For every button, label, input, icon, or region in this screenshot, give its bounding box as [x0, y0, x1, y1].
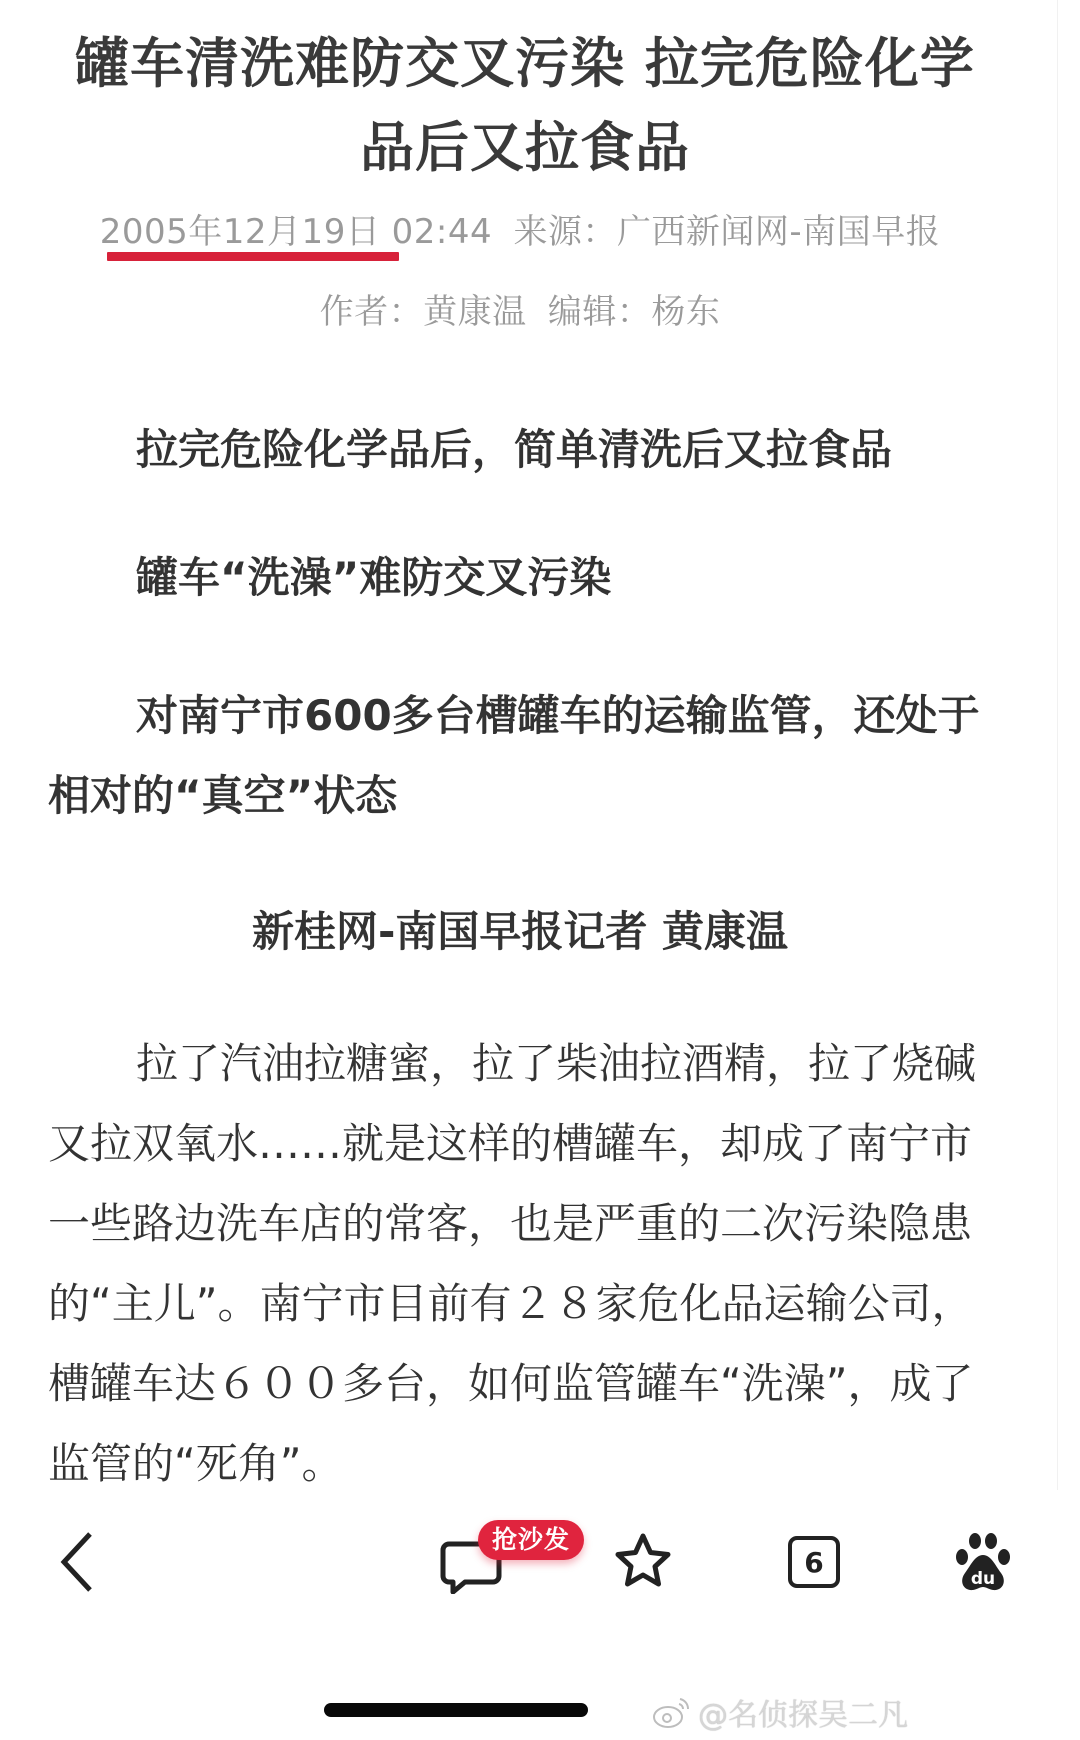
subheading-2: 罐车“洗澡”难防交叉污染 [48, 538, 994, 618]
baidu-home-button[interactable]: du [948, 1522, 1018, 1602]
article-title-line-1: 罐车清洗难防交叉污染 拉完危险化学 [30, 22, 1020, 106]
comment-badge[interactable]: 抢沙发 [478, 1520, 584, 1560]
tab-count: 6 [788, 1536, 840, 1588]
article-meta-author-editor: 作者：黄康温 编辑：杨东 [0, 284, 1040, 333]
subheading-1: 拉完危险化学品后，简单清洗后又拉食品 [48, 410, 994, 490]
tabs-button[interactable]: 6 [784, 1522, 844, 1602]
editor-label: 编辑： [548, 292, 652, 332]
article-meta-date-source: 2005年12月19日 02:44 来源：广西新闻网-南国早报 [0, 204, 1040, 253]
article-source[interactable]: 广西新闻网-南国早报 [617, 212, 940, 252]
article-editor: 杨东 [651, 292, 720, 332]
date-highlight-underline [107, 252, 399, 261]
svg-text:du: du [971, 1569, 995, 1589]
article-title: 罐车清洗难防交叉污染 拉完危险化学 品后又拉食品 [30, 22, 1020, 190]
chevron-left-icon [58, 1530, 98, 1594]
article-body-paragraph: 拉了汽油拉糖蜜，拉了柴油拉酒精，拉了烧碱又拉双氧水……就是这样的槽罐车，却成了南… [48, 1024, 994, 1504]
back-button[interactable] [48, 1522, 108, 1602]
weibo-icon [652, 1695, 692, 1729]
weibo-watermark: @名侦探吴二凡 [652, 1690, 908, 1734]
source-label: 来源： [513, 212, 617, 252]
article-content: 罐车清洗难防交叉污染 拉完危险化学 品后又拉食品 2005年12月19日 02:… [0, 0, 1058, 1490]
subheading-3: 对南宁市600多台槽罐车的运输监管，还处于相对的“真空”状态 [48, 676, 994, 836]
article-author: 黄康温 [423, 292, 527, 332]
star-icon [611, 1530, 675, 1594]
author-label: 作者： [320, 292, 424, 332]
baidu-paw-icon: du [953, 1531, 1013, 1593]
article-datetime: 2005年12月19日 02:44 [100, 212, 492, 252]
home-indicator-bar[interactable] [324, 1703, 588, 1717]
watermark-text: @名侦探吴二凡 [698, 1690, 908, 1734]
favorite-button[interactable] [608, 1522, 678, 1602]
article-title-line-2: 品后又拉食品 [30, 106, 1020, 190]
bottom-toolbar: 抢沙发 6 du [0, 1494, 1080, 1634]
article-byline: 新桂网-南国早报记者 黄康温 [0, 892, 1040, 972]
